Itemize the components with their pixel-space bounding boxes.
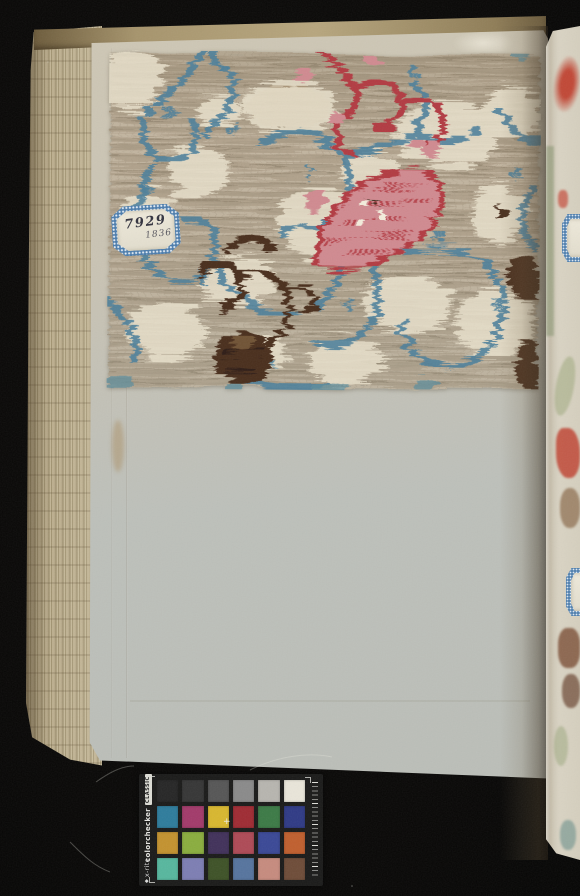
colorchecker-card: colorchecker CLASSIC ◆ x-rite + (139, 774, 323, 886)
xrite-wordmark: x-rite (143, 858, 151, 877)
colorchecker-patch (258, 806, 279, 828)
inventory-year: 1836 (145, 227, 176, 240)
facing-teal-motif (560, 820, 576, 850)
colorchecker-patch (233, 858, 254, 880)
colorchecker-patch (233, 780, 254, 802)
colorchecker-patch (157, 806, 178, 828)
page-stain (112, 420, 124, 472)
inventory-label-paper: 7929 1836 (116, 208, 176, 251)
colorchecker-patch (284, 858, 305, 880)
colorchecker-patch (258, 858, 279, 880)
facing-inventory-label (562, 214, 580, 262)
colorchecker-patch (258, 780, 279, 802)
colorchecker-patch (284, 806, 305, 828)
photograph: 7929 1836 colorchecker CLASSIC ◆ (0, 0, 580, 896)
facing-green-motif (546, 146, 554, 336)
facing-green-motif (554, 726, 568, 766)
xrite-brand: ◆ x-rite (142, 855, 152, 883)
colorchecker-patch (284, 780, 305, 802)
colorchecker-grid (157, 780, 305, 880)
ruler-ticks (312, 782, 318, 878)
colorchecker-patch (258, 832, 279, 854)
crosshair-icon: + (223, 818, 231, 827)
colorchecker-wordmark: colorchecker (144, 808, 152, 862)
facing-label-paper (571, 573, 580, 611)
colorchecker-patch (182, 832, 203, 854)
registration-corner-mark (305, 777, 311, 783)
facing-red-motif (556, 428, 580, 478)
colorchecker-patch (157, 780, 178, 802)
facing-page-sliver (546, 26, 580, 860)
colorchecker-patch (157, 832, 178, 854)
facing-leaf-motif (551, 355, 579, 417)
facing-red-dash (558, 190, 568, 208)
gutter-shadow (500, 26, 548, 860)
facing-brown-motif (558, 628, 580, 668)
colorchecker-patch (208, 832, 229, 854)
facing-label-paper (567, 219, 580, 257)
colorchecker-patch (182, 806, 203, 828)
facing-brown-motif (560, 488, 580, 528)
page-crease-horizontal (130, 700, 530, 702)
colorchecker-patch (284, 832, 305, 854)
facing-brown-motif (562, 674, 580, 708)
colorchecker-patch (182, 858, 203, 880)
inventory-label: 7929 1836 (111, 203, 182, 257)
colorchecker-patch (157, 858, 178, 880)
facing-red-motif (550, 54, 580, 113)
colorchecker-patch (233, 832, 254, 854)
colorchecker-patch (208, 858, 229, 880)
colorchecker-patch (182, 780, 203, 802)
xrite-logo-icon: ◆ (144, 879, 150, 883)
colorchecker-patch (233, 806, 254, 828)
facing-inventory-label (566, 568, 580, 616)
colorchecker-title: colorchecker CLASSIC (141, 778, 155, 862)
colorchecker-patch (208, 780, 229, 802)
colorchecker-classic-badge: CLASSIC (145, 774, 152, 805)
